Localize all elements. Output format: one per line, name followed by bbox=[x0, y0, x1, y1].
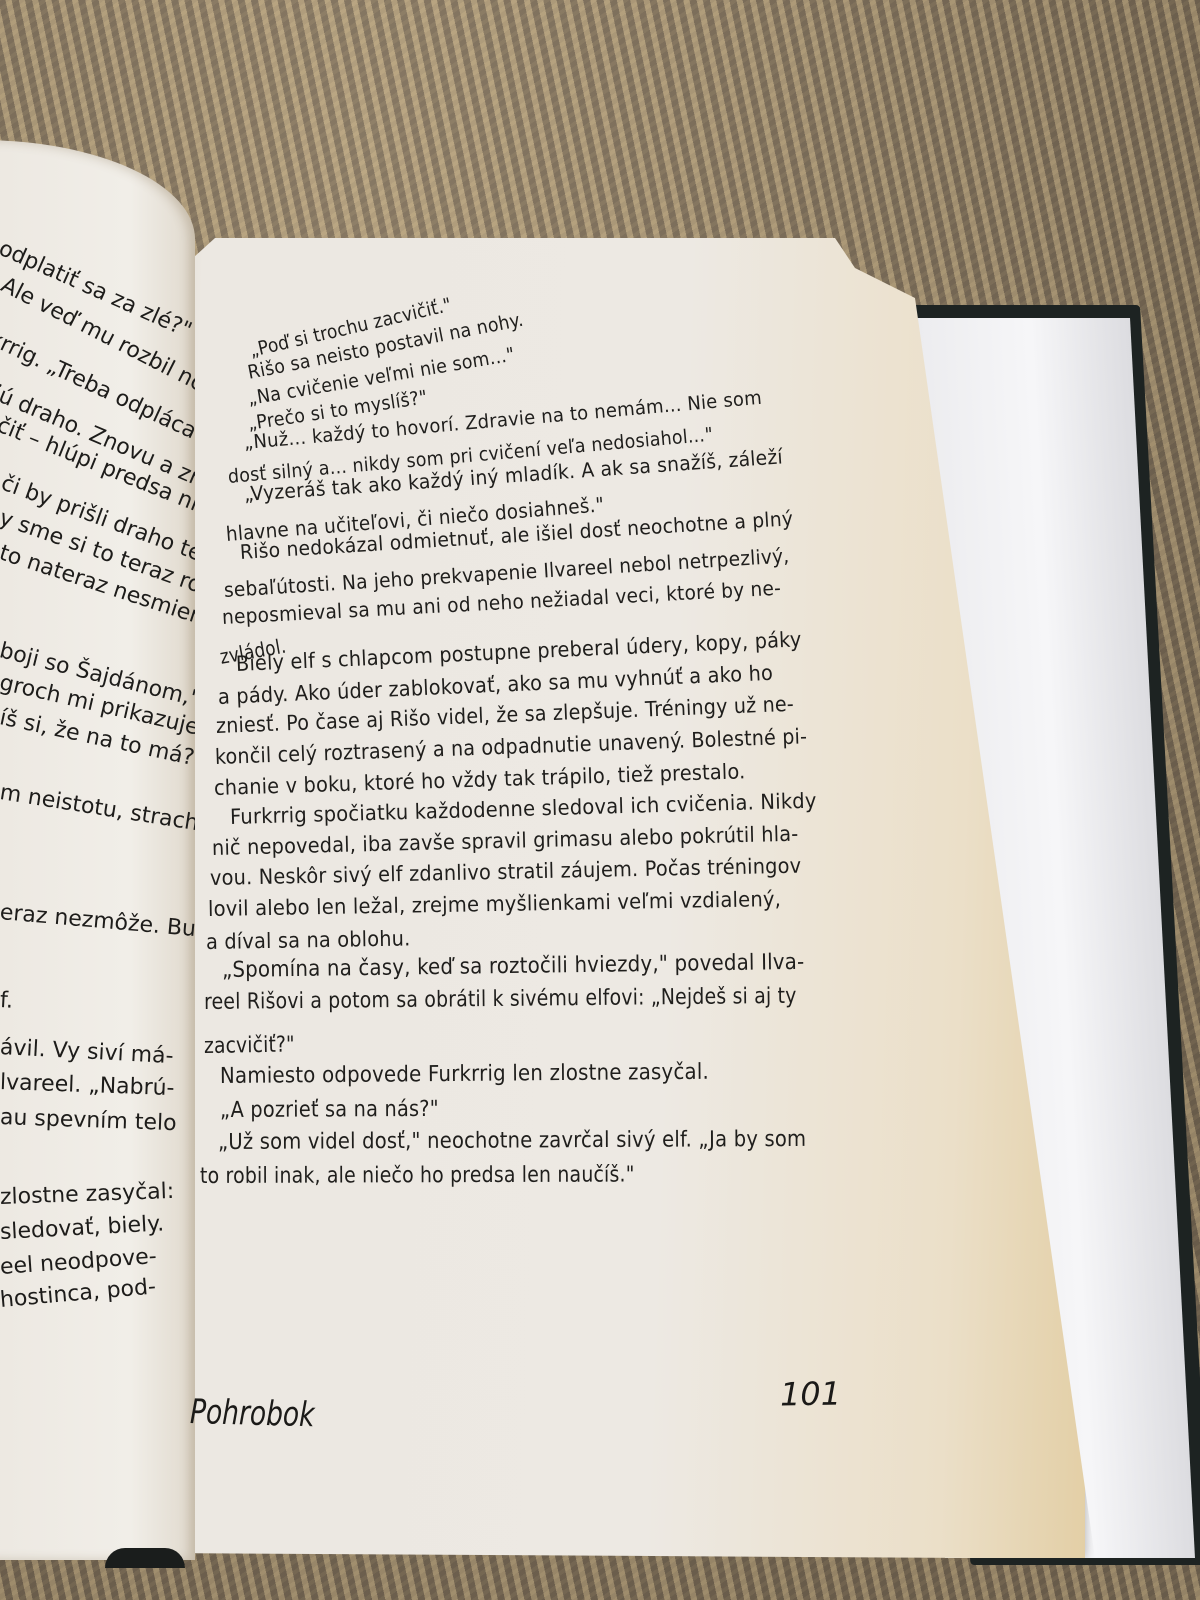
left-line: ávil. Vy siví má- bbox=[0, 1035, 174, 1069]
left-line: eel neodpove- bbox=[0, 1244, 157, 1280]
left-line: eraz nezmôže. Bu- bbox=[0, 900, 195, 943]
left-page: odplatiť sa za zlé?" . Ale veď mu rozbil… bbox=[0, 140, 195, 1560]
left-line: sledovať, biely. bbox=[0, 1211, 165, 1245]
left-line: hostinca, pod- bbox=[0, 1274, 157, 1313]
left-line: zlostne zasyčal: bbox=[0, 1179, 175, 1210]
book-spine bbox=[105, 1548, 185, 1568]
left-line: lvareel. „Nabrú- bbox=[0, 1070, 175, 1101]
left-line: m neistotu, strach bbox=[0, 780, 195, 836]
book-title-footer: Pohrobok bbox=[189, 1392, 315, 1435]
left-line: f. bbox=[0, 988, 14, 1014]
left-line: au spevním telo bbox=[0, 1105, 177, 1136]
page-number: 101 bbox=[780, 1374, 842, 1413]
